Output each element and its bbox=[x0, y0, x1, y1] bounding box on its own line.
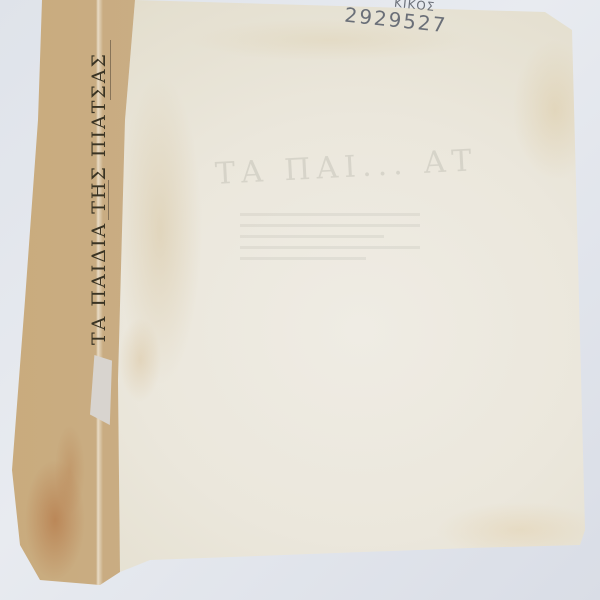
spine-stitch bbox=[110, 40, 111, 100]
bleed-through-lines bbox=[240, 205, 420, 268]
bleed-through-title: ΤΑ ΠΑΙ... ΑΤ bbox=[214, 143, 478, 192]
book-photo: ΤΑ ΠΑΙ... ΑΤ ΤΑ ΠΑΙΔΙΑ ΤΗΣ ΠΙΑΤΣΑΣ ΚΙΚΟΣ… bbox=[0, 0, 600, 600]
spine-title: ΤΑ ΠΑΙΔΙΑ ΤΗΣ ΠΙΑΤΣΑΣ bbox=[88, 52, 110, 345]
